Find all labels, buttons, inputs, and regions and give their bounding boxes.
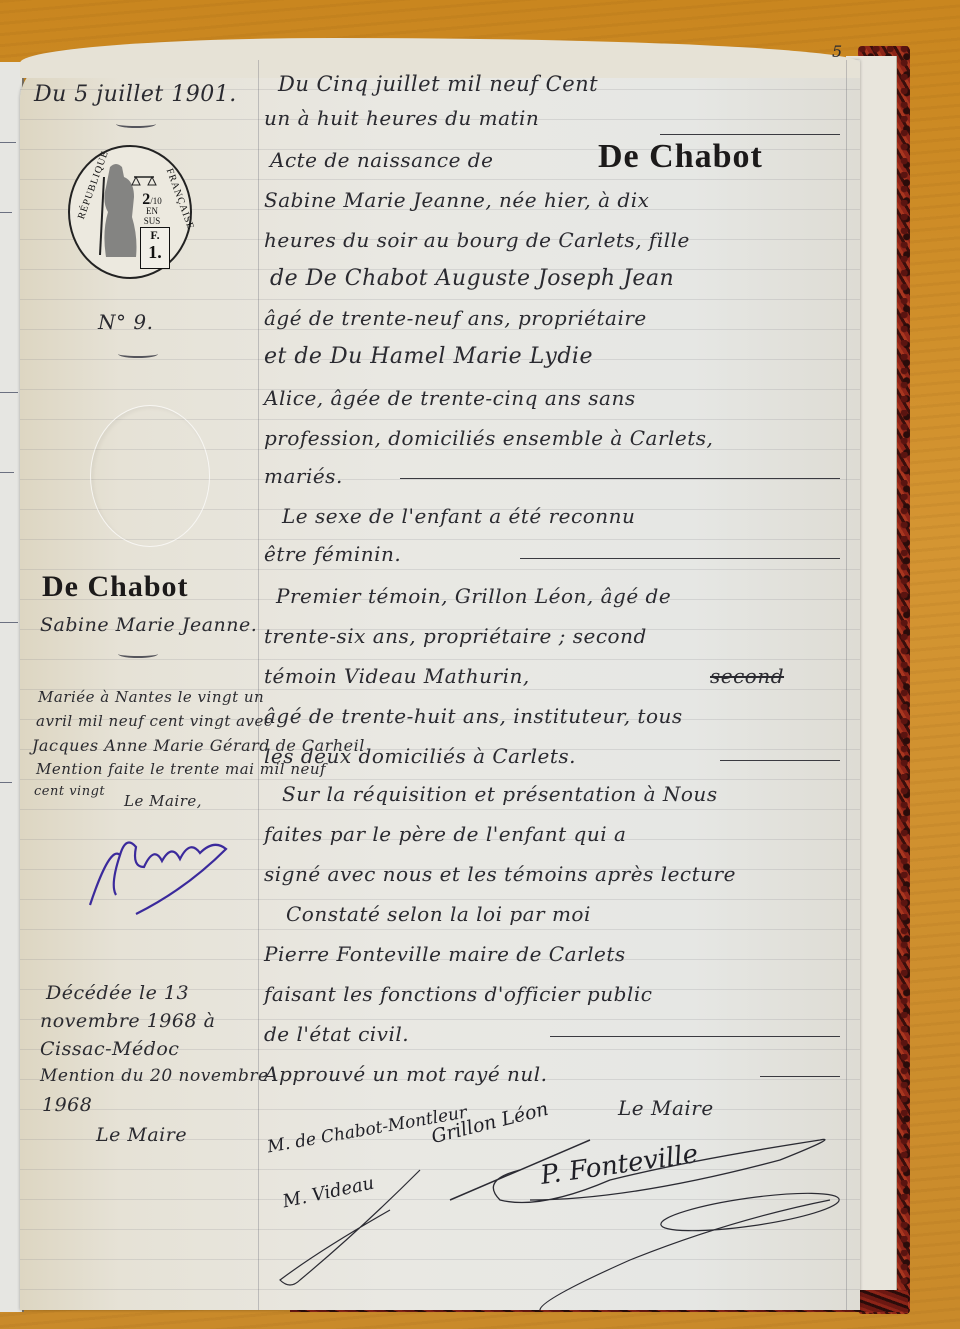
crossed-out-word: second bbox=[710, 664, 784, 688]
entry-number: N° 9. bbox=[98, 310, 153, 334]
register-page: 5 Du 5 juillet 1901. RÉPUBLIQUE FRANÇAIS… bbox=[20, 60, 860, 1310]
fiscal-stamp: RÉPUBLIQUE FRANÇAISE 2/10 EN SUS F. 1. bbox=[68, 145, 192, 279]
flourish-divider bbox=[116, 120, 156, 128]
stamp-surcharge: 2/10 EN SUS bbox=[138, 195, 166, 225]
body-line: âgé de trente-neuf ans, propriétaire bbox=[264, 306, 647, 330]
fill-rule bbox=[760, 1076, 840, 1077]
marriage-note-line: avril mil neuf cent vingt avec bbox=[36, 712, 273, 730]
margin-surname: De Chabot bbox=[42, 570, 189, 604]
body-line: Sabine Marie Jeanne, née hier, à dix bbox=[264, 188, 649, 212]
death-note-signoff: Le Maire bbox=[96, 1124, 187, 1146]
body-line: les deux domiciliés à Carlets. bbox=[264, 744, 576, 768]
body-line: mariés. bbox=[264, 464, 343, 488]
body-line: Approuvé un mot rayé nul. bbox=[264, 1062, 548, 1086]
body-line: profession, domiciliés ensemble à Carlet… bbox=[264, 426, 713, 450]
body-line: Alice, âgée de trente-cinq ans sans bbox=[264, 386, 636, 410]
death-note-line: Cissac-Médoc bbox=[40, 1038, 179, 1060]
fill-rule bbox=[660, 134, 840, 135]
body-line: trente-six ans, propriétaire ; second bbox=[264, 624, 647, 648]
fill-rule bbox=[520, 558, 840, 559]
body-line: heures du soir au bourg de Carlets, fill… bbox=[264, 228, 690, 252]
marriage-note-signoff: Le Maire, bbox=[124, 792, 202, 810]
body-line: signé avec nous et les témoins après lec… bbox=[264, 862, 736, 886]
body-line: de De Chabot Auguste Joseph Jean bbox=[270, 266, 674, 291]
stamp-value-box: F. 1. bbox=[140, 227, 170, 269]
headline-surname: De Chabot bbox=[598, 138, 763, 176]
body-line: et de Du Hamel Marie Lydie bbox=[264, 344, 593, 369]
death-note-line: novembre 1968 à bbox=[40, 1010, 215, 1032]
body-line: être féminin. bbox=[264, 542, 401, 566]
body-line: un à huit heures du matin bbox=[264, 106, 539, 130]
body-line: Acte de naissance de bbox=[270, 148, 493, 172]
body-line: faites par le père de l'enfant qui a bbox=[264, 822, 626, 846]
body-line: Le sexe de l'enfant a été reconnu bbox=[282, 504, 635, 528]
embossed-dry-seal bbox=[90, 405, 210, 547]
death-note-line: Décédée le 13 bbox=[46, 982, 189, 1004]
body-line: de l'état civil. bbox=[264, 1022, 409, 1046]
flourish-divider bbox=[118, 350, 158, 358]
fill-rule bbox=[720, 760, 840, 761]
marriage-note-line: cent vingt bbox=[34, 784, 105, 799]
body-line: Du Cinq juillet mil neuf Cent bbox=[278, 72, 598, 96]
page-number: 5 bbox=[832, 42, 843, 61]
marriage-note-line: Mariée à Nantes le vingt un bbox=[38, 688, 264, 706]
death-note-line: 1968 bbox=[42, 1094, 92, 1116]
margin-date-heading: Du 5 juillet 1901. bbox=[34, 82, 237, 107]
body-line: âgé de trente-huit ans, instituteur, tou… bbox=[264, 704, 683, 728]
body-line: témoin Videau Mathurin, bbox=[264, 664, 530, 688]
body-line: Constaté selon la loi par moi bbox=[286, 902, 591, 926]
body-line: faisant les fonctions d'officier public bbox=[264, 982, 652, 1006]
body-line: Premier témoin, Grillon Léon, âgé de bbox=[276, 584, 671, 608]
body-line: Pierre Fonteville maire de Carlets bbox=[264, 942, 626, 966]
fill-rule bbox=[400, 478, 840, 479]
margin-given-names: Sabine Marie Jeanne. bbox=[40, 614, 257, 636]
flourish-divider bbox=[118, 650, 158, 658]
signature-flourishes bbox=[250, 1100, 850, 1310]
fill-rule bbox=[550, 1036, 840, 1037]
body-line: Sur la réquisition et présentation à Nou… bbox=[282, 782, 718, 806]
death-note-line: Mention du 20 novembre bbox=[40, 1066, 269, 1086]
